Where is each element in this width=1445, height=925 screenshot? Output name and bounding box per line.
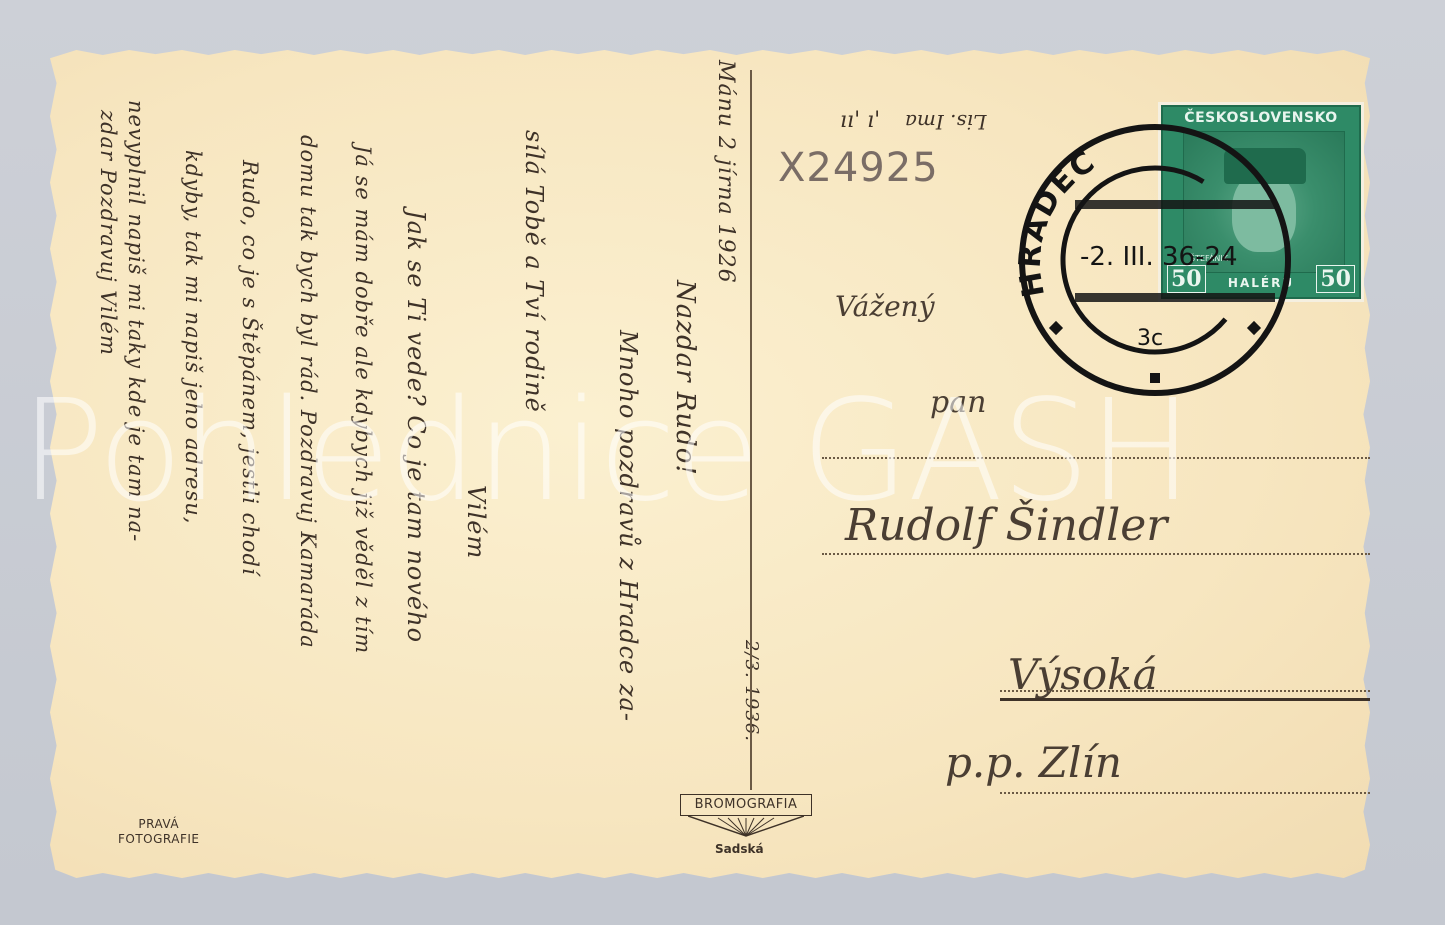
stamp-portrait: ŠTEFÁNIK — [1183, 131, 1345, 273]
publisher-rays-icon — [688, 816, 804, 838]
message-line: zdar Pozdravuj Vilém — [96, 110, 120, 356]
publisher-place: Sadská — [715, 842, 764, 856]
pencil-marks: ıı' ı' — [840, 108, 880, 133]
address-line-4 — [1000, 792, 1370, 794]
stamp-frame: ČESKOSLOVENSKO ŠTEFÁNIK 50 HALÉRŮ 50 — [1161, 105, 1361, 299]
address-line-2 — [822, 553, 1370, 555]
watermark: Pohlednice GASH — [20, 370, 1191, 533]
portrait-face — [1232, 172, 1296, 252]
photo-imprint: PRAVÁ FOTOGRAFIE — [118, 817, 200, 847]
message-closing-date: 2/3. 1936. — [741, 640, 762, 742]
stamp-portrait-caption: ŠTEFÁNIK — [1190, 254, 1228, 263]
address-greeting: Vážený — [835, 290, 935, 323]
publisher-logo: BROMOGRAFIA — [680, 794, 812, 816]
address-post-office: p.p. Zlín — [945, 738, 1122, 787]
postage-stamp: ČESKOSLOVENSKO ŠTEFÁNIK 50 HALÉRŮ 50 — [1158, 102, 1364, 302]
photo-imprint-line2: FOTOGRAFIE — [118, 832, 200, 847]
photo-imprint-line1: PRAVÁ — [118, 817, 200, 832]
address-line-3 — [1000, 690, 1370, 692]
portrait-cap — [1224, 148, 1306, 184]
stamp-country: ČESKOSLOVENSKO — [1163, 110, 1359, 126]
message-date-header: Mánu 2 jírna 1926 — [713, 60, 738, 284]
top-note: Lis. Ima — [905, 110, 986, 134]
address-underline — [1000, 698, 1370, 701]
catalog-number: X24925 — [778, 145, 939, 191]
stamp-value-right: 50 — [1316, 265, 1355, 293]
